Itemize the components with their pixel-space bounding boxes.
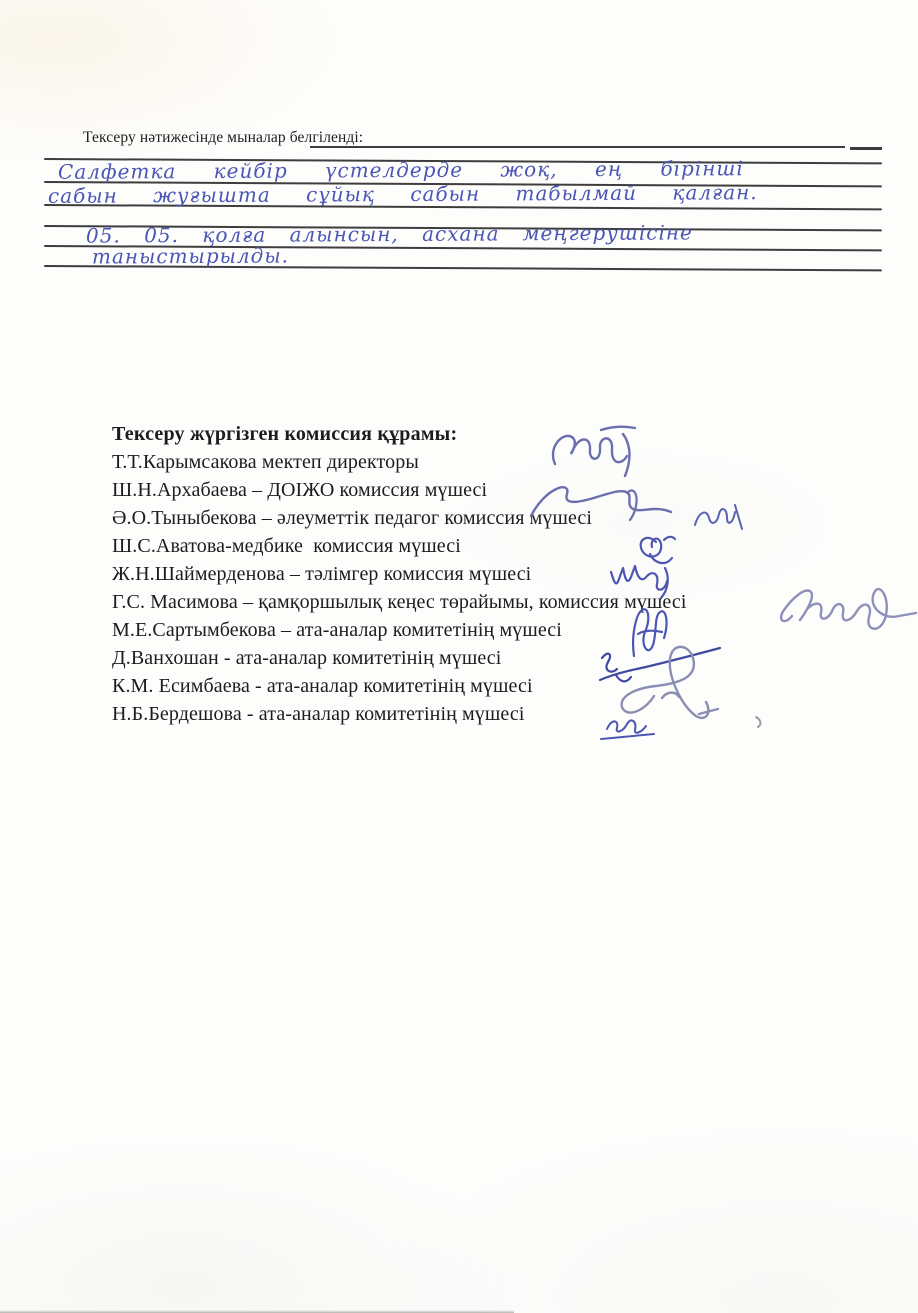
commission-member: Н.Б.Бердешова - ата-аналар комитетінің м… — [112, 703, 687, 731]
fill-in-line-segment — [850, 147, 882, 150]
document-page: Тексеру нәтижесінде мыналар белгіленді: … — [0, 0, 918, 1313]
commission-member: Д.Ванхошан - ата-аналар комитетінің мүше… — [112, 647, 687, 675]
signature-masimova — [776, 574, 918, 636]
commission-member: Ш.Н.Архабаева – ДОІЖО комиссия мүшесі — [112, 479, 687, 507]
commission-list: Тексеру жүргізген комиссия құрамы: Т.Т.К… — [112, 423, 687, 731]
commission-member: Г.С. Масимова – қамқоршылық кеңес төрайы… — [112, 591, 687, 619]
commission-member: К.М. Есимбаева - ата-аналар комитетінің … — [112, 675, 687, 703]
ink-mark — [752, 714, 768, 730]
handwritten-finding-line1: Салфетка кейбір үстелдерде жоқ, ең бірін… — [58, 156, 744, 184]
commission-heading: Тексеру жүргізген комиссия құрамы: — [112, 423, 687, 451]
commission-member: Ж.Н.Шаймерденова – тәлімгер комиссия мүш… — [112, 563, 687, 591]
signature-tynybekova — [690, 502, 750, 534]
commission-member: Ә.О.Тыныбекова – әлеуметтік педагог коми… — [112, 507, 687, 535]
handwritten-resolution-line2: таныстырылды. — [92, 243, 289, 268]
commission-member: М.Е.Сартымбекова – ата-аналар комитетіні… — [112, 619, 687, 647]
commission-member: Ш.С.Аватова-медбике комиссия мүшесі — [112, 535, 687, 563]
handwritten-finding-line2: сабын жуғышта сұйық сабын табылмай қалға… — [48, 180, 758, 208]
fill-in-line — [310, 146, 845, 148]
findings-label: Тексеру нәтижесінде мыналар белгіленді: — [83, 129, 363, 147]
commission-member: Т.Т.Карымсакова мектеп директоры — [112, 451, 687, 479]
